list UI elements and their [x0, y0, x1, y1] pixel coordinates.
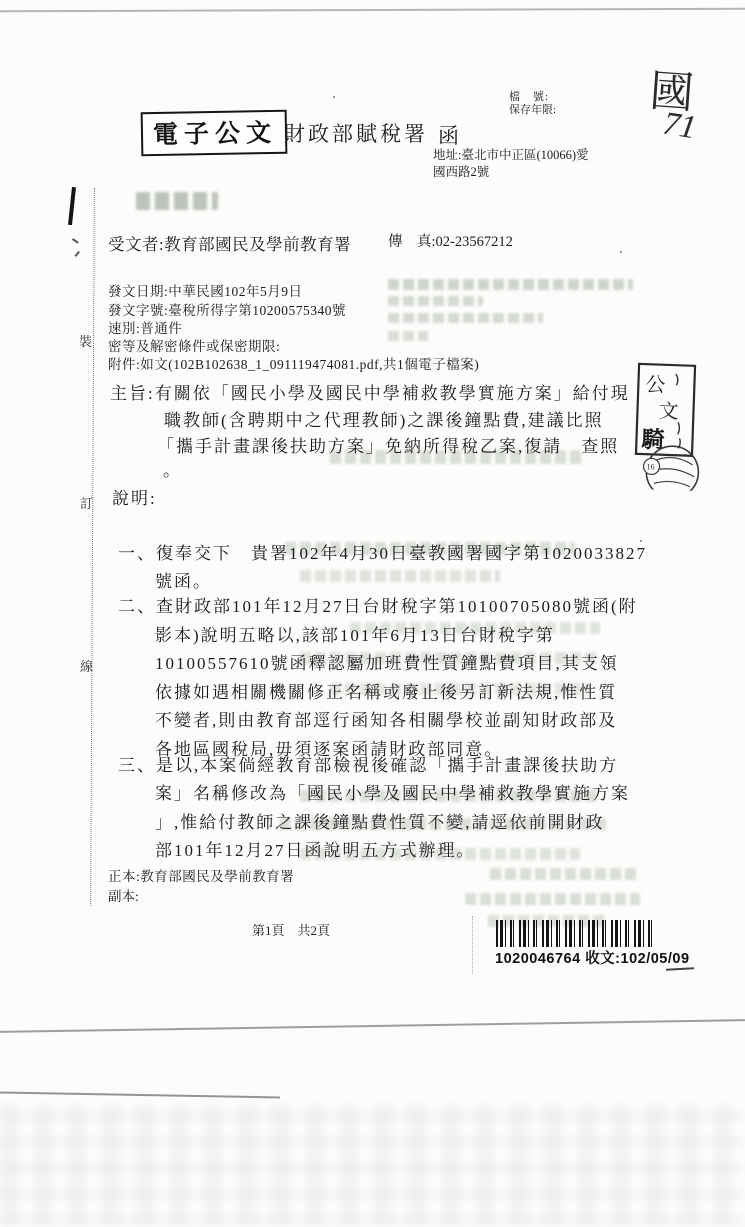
transit-seal: 公 文 騎 16 [628, 359, 710, 492]
stray-mark [72, 238, 79, 243]
explanation-heading: 說明: [112, 489, 157, 509]
explanation-item1-line1: 一、復奉交下 貴署102年4月30日臺教國署國字第1020033827 [118, 544, 647, 564]
binding-mark-zhuang: 裝 [79, 331, 92, 350]
page-indicator: 第1頁 共2頁 [252, 924, 330, 939]
explanation-item1-line2: 號函。 [155, 572, 212, 592]
file-number-label: 檔 號: [509, 91, 549, 104]
retention-period-label: 保存年限: [509, 104, 556, 117]
original-copy-line: 正本:教育部國民及學前教育署 [108, 869, 294, 885]
scanned-document-page: 檔 號: 保存年限: 電子公文 財政部賦稅署 函 地址:臺北市中正區(10066… [0, 0, 745, 1227]
recipient-line: 受文者:教育部國民及學前教育署 [108, 236, 351, 255]
bleed-through-line [490, 868, 640, 880]
handwritten-dash [666, 967, 694, 970]
explanation-item2-line3: 10100557610號函釋認屬加班費性質鐘點費項目,其支領 [155, 654, 619, 674]
scan-artifact-tick [68, 187, 75, 225]
subject-line-3: 「攜手計畫課後扶助方案」免納所得稅乙案,復請 查照 [157, 437, 619, 457]
security-line: 密等及解密條件或保密期限: [108, 339, 280, 355]
scan-bleed-mottle [0, 1105, 745, 1225]
seal-char-2: 文 [658, 400, 679, 424]
priority-line: 速別:普通件 [108, 321, 182, 337]
scan-speck [333, 96, 335, 98]
issuing-agency: 財政部賦稅署 [284, 122, 428, 146]
scan-edge-line-bottom-2 [0, 1092, 280, 1098]
barcode-label: 1020046764 收文:102/05/09 [495, 947, 690, 968]
scan-edge-line-top [0, 8, 745, 12]
document-type: 函 [438, 124, 459, 148]
binding-mark-ding: 訂 [80, 493, 93, 512]
explanation-item3-line1: 三、是以,本案倘經教育部檢視後確認「攜手計畫課後扶助方 [118, 756, 618, 776]
bleed-through-line [136, 192, 218, 210]
agency-address-line1: 地址:臺北市中正區(10066)愛 [433, 148, 589, 162]
binding-dotted-line [90, 188, 95, 906]
stray-mark [74, 251, 79, 257]
issue-number-line: 發文字號:臺稅所得字第10200575340號 [108, 303, 346, 319]
agency-address-line2: 國西路2號 [433, 165, 489, 179]
explanation-item2-line2: 影本)說明五略以,該部101年6月13日台財稅字第 [155, 626, 555, 646]
bleed-through-line [465, 893, 640, 905]
scan-speck [640, 540, 642, 542]
explanation-item3-line2: 案」名稱修改為「國民小學及國民中學補救教學實施方案 [155, 784, 630, 804]
scan-speck [620, 251, 622, 253]
seal-char-1: 公 [645, 374, 666, 397]
electronic-document-stamp: 電子公文 [141, 110, 288, 157]
bleed-through-line [300, 570, 500, 582]
received-date-stamp: 收文:102/05/09 [585, 951, 689, 967]
explanation-item2-line5: 不變者,則由教育部逕行函知各相關學校並副知財政部及 [155, 711, 617, 731]
bleed-through-line [388, 279, 633, 290]
explanation-item2-line4: 依據如遇相關機關修正名稱或廢止後另訂新法規,惟性質 [155, 683, 617, 703]
duplicate-copy-line: 副本: [108, 889, 139, 905]
explanation-item2-line1: 二、查財政部101年12月27日台財稅字第10100705080號函(附 [118, 597, 638, 617]
handwritten-note-71: 71 [660, 106, 698, 148]
receive-barcode [496, 920, 657, 947]
attachment-line: 附件:如文(102B102638_1_091119474081.pdf,共1個電… [108, 357, 479, 373]
subject-line-4: 。 [163, 461, 180, 481]
barcode-number: 1020046764 [495, 951, 581, 967]
fax-line: 傳 真:02-23567212 [388, 234, 513, 251]
issue-date-line: 發文日期:中華民國102年5月9日 [108, 284, 303, 300]
scan-dotted-column [472, 916, 473, 974]
round-stamp-number: 16 [646, 462, 654, 471]
explanation-item3-line3: 」,惟給付教師之課後鐘點費性質不變,請逕依前開財政 [155, 813, 605, 833]
explanation-item3-line4: 部101年12月27日函說明五方式辦理。 [155, 841, 476, 861]
scan-edge-line-bottom-1 [0, 1019, 745, 1032]
bleed-through-line [388, 296, 483, 306]
bleed-through-line [388, 313, 543, 323]
bleed-through-line [388, 331, 428, 341]
subject-line-2: 職教師(含聘期中之代理教師)之課後鐘點費,建議比照 [164, 411, 604, 431]
subject-line-1: 主旨:有關依「國民小學及國民中學補救教學實施方案」給付現 [110, 384, 630, 404]
binding-mark-xian: 線 [80, 656, 93, 675]
